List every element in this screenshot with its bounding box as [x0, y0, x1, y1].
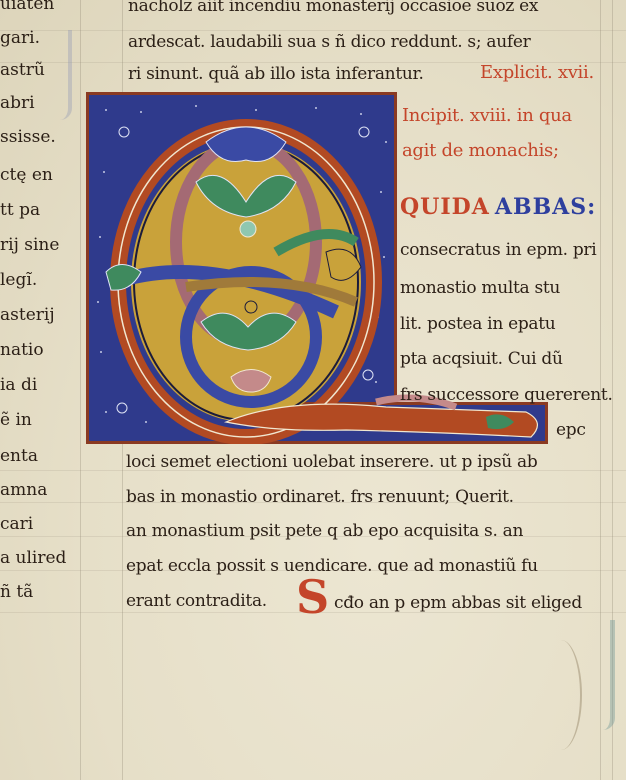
- text-line: epat eccla possit s uendicare. que ad mo…: [126, 556, 538, 576]
- ruling-line: [80, 0, 81, 780]
- left-column-line: legĩ.: [0, 270, 37, 290]
- left-column-line: enta: [0, 446, 38, 466]
- text-line: erant contradita.: [126, 591, 267, 611]
- left-column-line: ẽ in: [0, 410, 32, 430]
- left-column-line: rij sine: [0, 235, 59, 255]
- left-column-line: ctę en: [0, 165, 53, 185]
- text-line: monastio multa stu: [400, 278, 560, 298]
- left-column-line: a ulired: [0, 548, 66, 568]
- text-line: ardescat. laudabili sua s ñ dico reddunt…: [128, 32, 530, 52]
- left-column-line: asterij: [0, 305, 55, 325]
- left-column-line: ia di: [0, 375, 37, 395]
- left-column-line: abri: [0, 93, 35, 113]
- left-column-line: uiaten: [0, 0, 54, 14]
- text-line: bas in monastio ordinaret. frs renuunt; …: [126, 487, 514, 507]
- text-line: an monastium psit pete q ab epo acquisit…: [126, 521, 523, 541]
- blue-margin-stroke: [52, 30, 72, 120]
- left-column-line: amna: [0, 480, 47, 500]
- rubricated-initial-s: S: [296, 574, 329, 620]
- left-column-line: gari.: [0, 28, 40, 48]
- text-line: cđo an p epm abbas sit eliged: [334, 593, 582, 613]
- left-column-line: tt pa: [0, 200, 40, 220]
- parchment-stain: [540, 640, 582, 750]
- left-column-line: cari: [0, 514, 33, 534]
- text-line: lit. postea in epatu: [400, 314, 555, 334]
- left-column-line: ñ tã: [0, 582, 33, 602]
- text-line: nacholz aiit incendiu monasterij occasio…: [128, 0, 538, 16]
- blue-margin-stroke: [596, 620, 615, 730]
- text-line: consecratus in epm. pri: [400, 240, 596, 260]
- left-column-line: ssisse.: [0, 127, 56, 147]
- left-column-line: astrũ: [0, 60, 45, 80]
- text-line: loci semet electioni uolebat inserere. u…: [126, 452, 537, 472]
- ruling-line: [0, 30, 626, 31]
- text-line: frs successore quererent.: [400, 385, 613, 405]
- left-column-line: natio: [0, 340, 44, 360]
- text-line: ri sinunt. quã ab illo ista inferantur.: [128, 64, 424, 84]
- text-line: pta acqsiuit. Cui dũ: [400, 349, 563, 369]
- text-line: epc: [556, 420, 586, 440]
- explicit-rubric: Explicit. xvii.: [480, 62, 594, 83]
